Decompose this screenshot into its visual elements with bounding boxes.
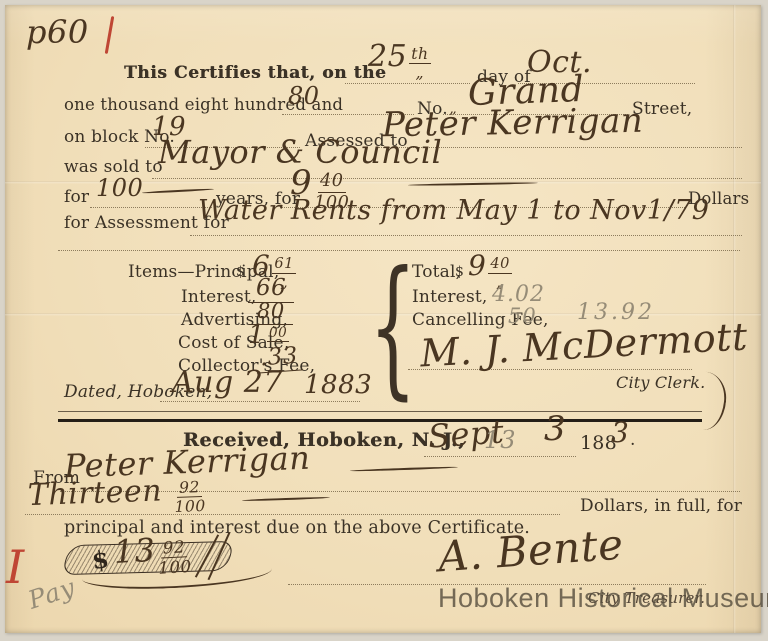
- cost-fraction: 00: [267, 326, 289, 342]
- amount-words-value: Thirteen 92100: [27, 475, 206, 521]
- items-interest-label: Interest,: [181, 287, 257, 307]
- day-suffix-fraction: th„: [409, 46, 430, 82]
- for-label: for: [64, 187, 89, 207]
- years-value: 100: [96, 176, 143, 200]
- year-period: .: [630, 430, 636, 450]
- section-divider-rule: [58, 411, 702, 422]
- red-initial-mark: I: [6, 544, 25, 590]
- treasurer-signature: A. Bente: [437, 524, 625, 579]
- dotted-rule: [345, 83, 470, 84]
- totals-interest-label: Interest,: [412, 287, 488, 307]
- dated-date-value: Aug 27: [172, 368, 283, 398]
- receipt-day-value: 3: [544, 412, 566, 446]
- day-value: 25th„: [368, 42, 431, 82]
- total-currency-sign: $: [455, 264, 464, 280]
- amount-words-num: 92: [177, 479, 202, 498]
- scanned-document-page: { "colors":{"paper":"#f1dfba","print_ink…: [0, 0, 768, 641]
- receipt-date-pencil: 13: [484, 428, 517, 452]
- day-ditto: „: [416, 64, 425, 81]
- museum-watermark: Hoboken Historical Museum: [438, 583, 768, 614]
- dotted-rule: [190, 235, 742, 236]
- dotted-rule: [90, 207, 212, 208]
- city-clerk-title: City Clerk.: [616, 373, 705, 392]
- total-label: Total,: [412, 262, 461, 282]
- items-currency-sign: $: [236, 264, 245, 280]
- cancelling-fee-pencil-value: 50: [508, 306, 537, 327]
- amount-words-fraction: 92100: [174, 479, 206, 516]
- dotted-rule: [160, 401, 360, 402]
- day-suffix: th: [409, 46, 430, 64]
- column-brace: {: [369, 252, 387, 402]
- total-whole: 9: [468, 249, 486, 282]
- amount-words-den: 100: [174, 497, 206, 515]
- sale-amount-num: 40: [318, 172, 346, 193]
- year-suffix-value: 80: [288, 84, 320, 108]
- day-number: 25: [368, 39, 407, 74]
- total-num: 40: [488, 256, 512, 273]
- dotted-rule: [424, 456, 576, 457]
- page-number-note: p60: [26, 16, 89, 48]
- amount-words-text: Thirteen: [27, 473, 162, 513]
- dollars-in-full-label: Dollars, in full, for: [580, 496, 742, 516]
- cost-num: 00: [267, 326, 289, 342]
- assessment-text-value: Water Rents from May 1 to Nov1/79: [198, 197, 709, 224]
- certifies-intro-label: This Certifies that, on the: [124, 63, 386, 83]
- dated-year-value: 1883: [304, 372, 372, 398]
- year-written-digit: 3: [611, 419, 629, 447]
- principal-num: 61: [272, 256, 296, 273]
- stamp-amount-num: 92: [160, 538, 187, 559]
- dotted-rule: [152, 178, 742, 179]
- interest-pencil-value: 4.02: [492, 284, 545, 306]
